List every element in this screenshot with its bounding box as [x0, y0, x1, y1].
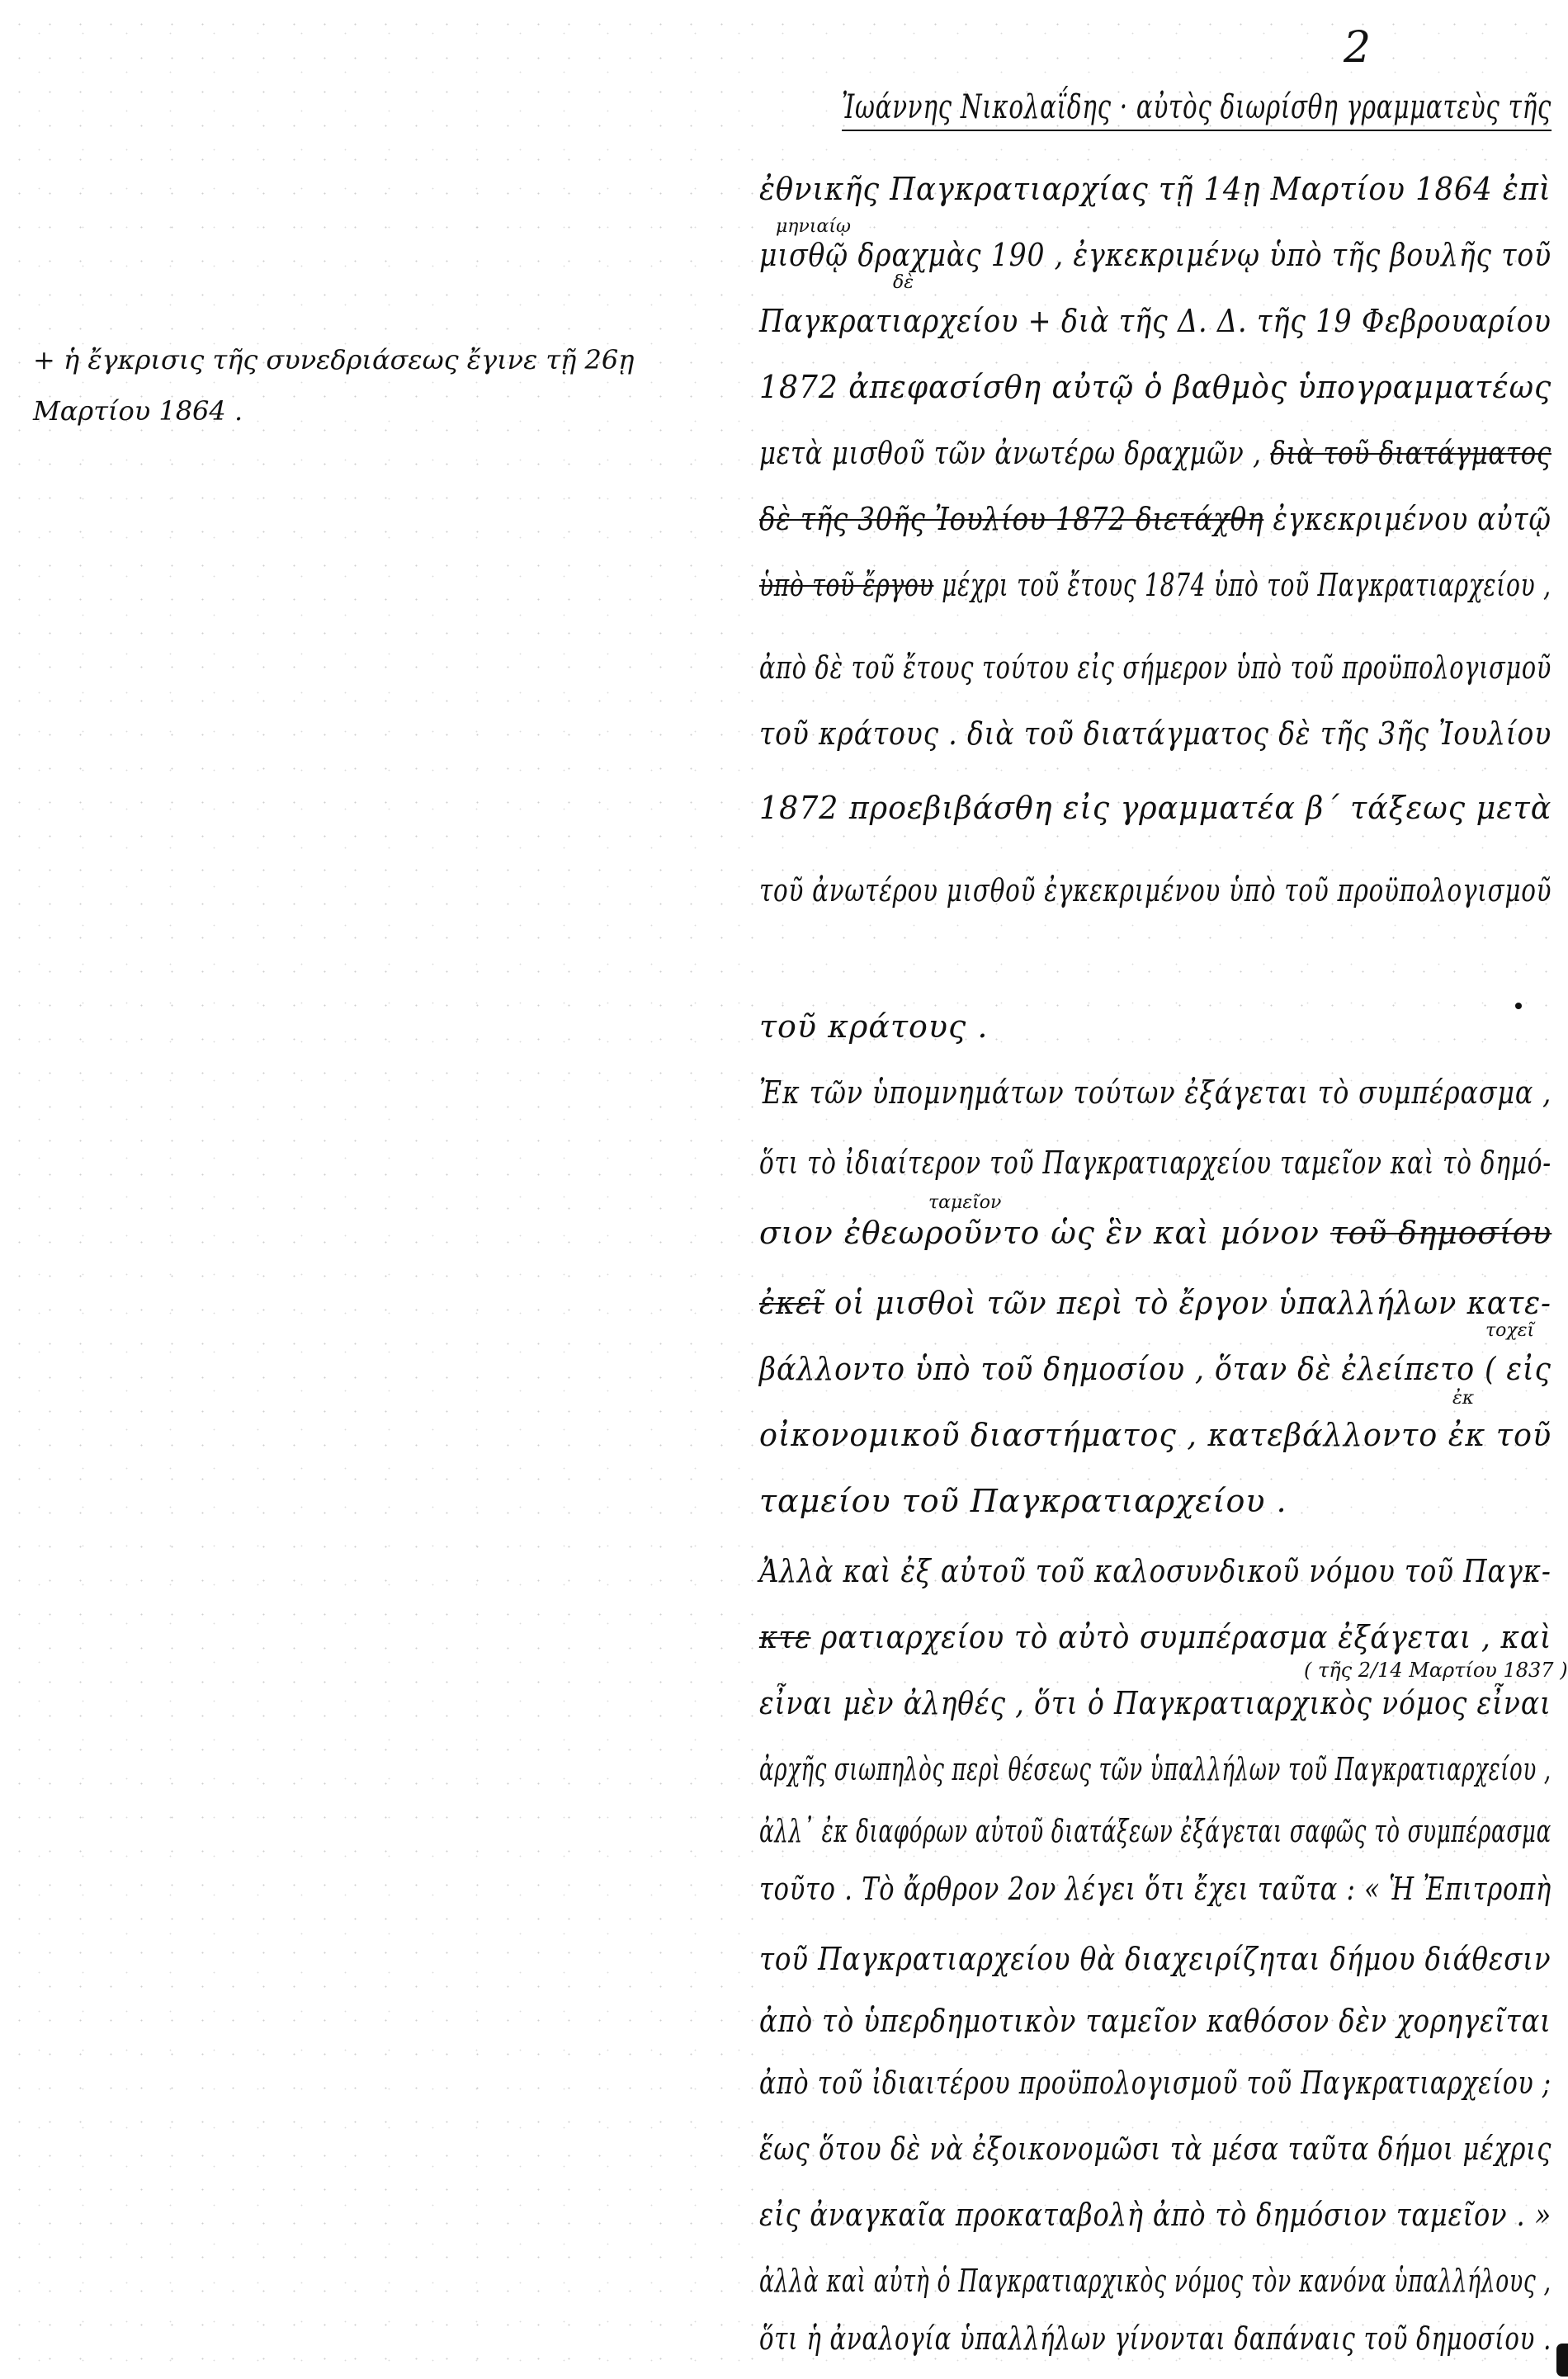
text-segment: μετὰ μισθοῦ τῶν ἀνωτέρω δραχμῶν ,	[759, 435, 1262, 471]
text-line: δὲ τῆς 30ῆς Ἰουλίου 1872 διετάχθη ἐγκεκρ…	[759, 503, 1551, 535]
text-line: σιον ἐθεωροῦντο ὡς ἓν καὶ μόνον τοῦ δημο…	[759, 1217, 1551, 1249]
margin-note-line: + ἡ ἔγκρισις τῆς συνεδριάσεως ἔγινε τῇ 2…	[33, 334, 660, 385]
text-line: ἀπὸ δὲ τοῦ ἔτους τούτου εἰς σήμερον ὑπὸ …	[759, 652, 1551, 683]
text-line: τοῦ κράτους . διὰ τοῦ διατάγματος δὲ τῆς…	[759, 718, 1551, 749]
text-line: 1872 προεβιβάσθη εἰς γραμματέα β΄ τάξεως…	[759, 792, 1551, 824]
text-segment: ἐγκεκριμένου αὐτῷ	[1273, 501, 1551, 537]
page-number: 2	[1344, 23, 1371, 73]
text-line: ἐκεῖ οἱ μισθοὶ τῶν περὶ τὸ ἔργον ὑπαλλήλ…	[759, 1287, 1551, 1319]
interlinear-insertion: δὲ	[893, 272, 914, 293]
ink-dot	[1515, 1003, 1522, 1009]
text-line: μισθῷ δραχμὰς 190 , ἐγκεκριμένῳ ὑπὸ τῆς …	[759, 239, 1551, 271]
text-line: οἰκονομικοῦ διαστήματος , κατεβάλλοντο ἐ…	[759, 1419, 1551, 1451]
title-line: Ἰωάννης Νικολαΐδης · αὐτὸς διωρίσθη γραμ…	[842, 91, 1551, 124]
text-line: ἐθνικῆς Παγκρατιαρχίας τῇ 14ῃ Μαρτίου 18…	[759, 173, 1551, 205]
interlinear-insertion: ταμεῖον	[928, 1192, 1001, 1213]
text-line: εἶναι μὲν ἀληθές , ὅτι ὁ Παγκρατιαρχικὸς…	[759, 1687, 1551, 1719]
text-line: Ἐκ τῶν ὑπομνημάτων τούτων ἐξάγεται τὸ συ…	[759, 1077, 1551, 1108]
text-line: ὅτι ἡ ἀναλογία ὑπαλλήλων γίνονται δαπάνα…	[759, 2323, 1551, 2354]
text-segment: Ἐκ τῶν ὑπομνημάτων τούτων ἐξάγεται τὸ συ…	[759, 1074, 1551, 1111]
text-line: ταμείου τοῦ Παγκρατιαρχείου .	[759, 1485, 1287, 1517]
text-line: μετὰ μισθοῦ τῶν ἀνωτέρω δραχμῶν , διὰ το…	[759, 437, 1551, 469]
interlinear-insertion: τοχεῖ	[1485, 1320, 1534, 1341]
text-line: 1872 ἀπεφασίσθη αὐτῷ ὁ βαθμὸς ὑπογραμματ…	[759, 371, 1551, 403]
text-segment: σιον ἐθεωροῦντο ὡς ἓν καὶ μόνον	[759, 1215, 1320, 1251]
text-line: τοῦ Παγκρατιαρχείου θὰ διαχειρίζηται δήμ…	[759, 1943, 1551, 1975]
text-line: τοῦ κράτους .	[759, 1011, 988, 1042]
text-line: ὑπὸ τοῦ ἔργου μέχρι τοῦ ἔτους 1874 ὑπὸ τ…	[759, 569, 1551, 601]
struck-text: διὰ τοῦ διατάγματος	[1270, 435, 1551, 471]
text-line: Ἀλλὰ καὶ ἐξ αὐτοῦ τοῦ καλοσυνδικοῦ νόμου…	[759, 1555, 1551, 1587]
text-line: ἀρχῆς σιωπηλὸς περὶ θέσεως τῶν ὑπαλλήλων…	[759, 1754, 1551, 1785]
text-segment: μέχρι τοῦ ἔτους 1874 ὑπὸ τοῦ Παγκρατιαρχ…	[942, 567, 1551, 603]
text-line: ἕως ὅτου δὲ νὰ ἐξοικονομῶσι τὰ μέσα ταῦτ…	[759, 2133, 1551, 2164]
ink-blot	[1556, 2344, 1568, 2377]
text-line: βάλλοντο ὑπὸ τοῦ δημοσίου , ὅταν δὲ ἐλεί…	[759, 1353, 1551, 1385]
text-line: ὅτι τὸ ἰδιαίτερον τοῦ Παγκρατιαρχείου τα…	[759, 1147, 1551, 1178]
text-line: εἰς ἀναγκαῖα προκαταβολὴ ἀπὸ τὸ δημόσιον…	[759, 2199, 1551, 2230]
text-line: ἀλλ᾽ ἐκ διαφόρων αὐτοῦ διατάξεων ἐξάγετα…	[759, 1815, 1551, 1847]
text-line: κτε ρατιαρχείου τὸ αὐτὸ συμπέρασμα ἐξάγε…	[759, 1621, 1551, 1653]
text-segment: ρατιαρχείου τὸ αὐτὸ συμπέρασμα ἐξάγεται …	[820, 1619, 1551, 1655]
text-line: ἀλλὰ καὶ αὐτὴ ὁ Παγκρατιαρχικὸς νόμος τὸ…	[759, 2265, 1551, 2296]
margin-note-line: Μαρτίου 1864 .	[33, 385, 660, 437]
interlinear-insertion: μηνιαίῳ	[776, 216, 851, 237]
bracket-note: ( τῆς 2/14 Μαρτίου 1837 )	[1304, 1659, 1568, 1682]
text-line: ἀπὸ τὸ ὑπερδημοτικὸν ταμεῖον καθόσον δὲν…	[759, 2005, 1551, 2037]
margin-note: + ἡ ἔγκρισις τῆς συνεδριάσεως ἔγινε τῇ 2…	[33, 334, 660, 437]
text-line: τοῦτο . Τὸ ἄρθρον 2ον λέγει ὅτι ἔχει ταῦ…	[759, 1873, 1551, 1905]
text-line: τοῦ ἀνωτέρου μισθοῦ ἐγκεκριμένου ὑπὸ τοῦ…	[759, 875, 1551, 906]
struck-text: ἐκεῖ	[759, 1285, 824, 1321]
interlinear-insertion: ἐκ	[1452, 1388, 1474, 1409]
manuscript-page: 2 + ἡ ἔγκρισις τῆς συνεδριάσεως ἔγινε τῇ…	[0, 0, 1568, 2379]
text-line: Παγκρατιαρχείου + διὰ τῆς Δ. Δ. τῆς 19 Φ…	[759, 305, 1551, 337]
text-line: ἀπὸ τοῦ ἰδιαιτέρου προϋπολογισμοῦ τοῦ Πα…	[759, 2067, 1551, 2098]
text-segment: οἱ μισθοὶ τῶν περὶ τὸ ἔργον ὑπαλλήλων κα…	[834, 1285, 1551, 1321]
struck-text: κτε	[759, 1619, 811, 1655]
struck-text: τοῦ δημοσίου	[1330, 1215, 1551, 1251]
struck-text: ὑπὸ τοῦ ἔργου	[759, 567, 933, 603]
struck-text: δὲ τῆς 30ῆς Ἰουλίου 1872 διετάχθη	[759, 501, 1263, 537]
